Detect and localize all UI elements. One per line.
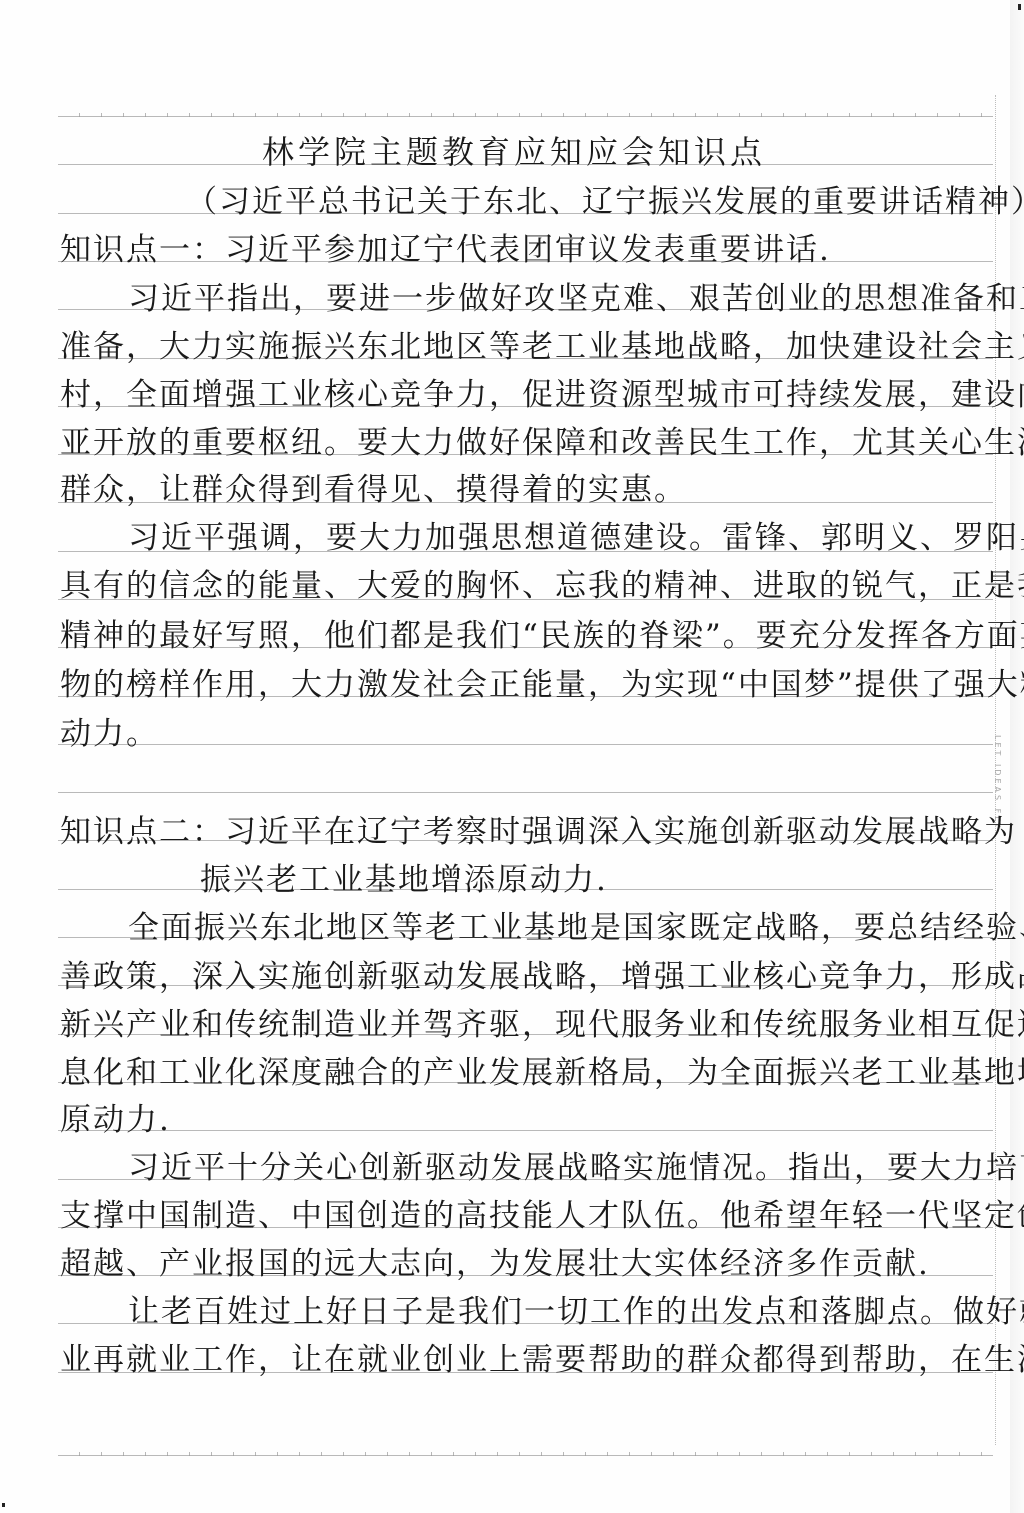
paragraph-line: 村，全面增强工业核心竞争力，促进资源型城市可持续发展，建设向东北 [60, 371, 1024, 419]
paragraph-line: 原动力. [60, 1096, 171, 1144]
ruled-line [58, 744, 993, 745]
page-title: 林学院主题教育应知应会知识点 [262, 128, 766, 176]
scan-speck [2, 1503, 5, 1507]
paragraph-line: 超越、产业报国的远大志向，为发展壮大实体经济多作贡献. [60, 1240, 930, 1288]
ruled-line [58, 792, 993, 793]
scan-speck [1018, 4, 1021, 10]
paragraph-line: 习近平指出，要进一步做好攻坚克难、艰苦创业的思想准备和工作 [128, 275, 1024, 323]
ruled-line [58, 1455, 993, 1456]
notebook-page: LET IDEAS FLY 林学院主题教育应知应会知识点 （习近平总书记关于东北… [0, 0, 1024, 1513]
paragraph-line: 物的榜样作用，大力激发社会正能量，为实现“中国梦”提供了强大精神 [60, 661, 1024, 709]
paragraph-line: 具有的信念的能量、大爱的胸怀、忘我的精神、进取的锐气，正是我们民族 [60, 562, 1024, 610]
paragraph-line: 业再就业工作，让在就业创业上需要帮助的群众都得到帮助，在生活上 [60, 1336, 1024, 1384]
page-subtitle: （习近平总书记关于东北、辽宁振兴发展的重要讲话精神） [186, 178, 1024, 226]
section-heading-2-continued: 振兴老工业基地增添原动力. [200, 856, 608, 904]
page-edge [1010, 0, 1024, 1513]
ruled-line [58, 116, 993, 117]
paragraph-line: 习近平强调，要大力加强思想道德建设。雷锋、郭明义、罗阳身上所 [128, 514, 1024, 562]
paragraph-line: 息化和工业化深度融合的产业发展新格局，为全面振兴老工业基地增添 [60, 1049, 1024, 1097]
section-heading-1: 知识点一：习近平参加辽宁代表团审议发表重要讲话. [60, 226, 831, 274]
paragraph-line: 精神的最好写照，他们都是我们“民族的脊梁”。要充分发挥各方面英模人 [60, 612, 1024, 660]
paragraph-line: 亚开放的重要枢纽。要大力做好保障和改善民生工作，尤其关心生活困难 [60, 419, 1024, 467]
paragraph-line: 动力。 [60, 710, 159, 758]
paragraph-line: 新兴产业和传统制造业并驾齐驱，现代服务业和传统服务业相互促进、信 [60, 1001, 1024, 1049]
paragraph-line: 准备，大力实施振兴东北地区等老工业基地战略，加快建设社会主义新农 [60, 323, 1024, 371]
paragraph-line: 支撑中国制造、中国创造的高技能人才队伍。他希望年轻一代坚定创新 [60, 1192, 1024, 1240]
paragraph-line: 全面振兴东北地区等老工业基地是国家既定战略，要总结经验、完 [128, 904, 1024, 952]
section-heading-2: 知识点二：习近平在辽宁考察时强调深入实施创新驱动发展战略为 [60, 808, 1017, 856]
paragraph-line: 群众，让群众得到看得见、摸得着的实惠。 [60, 466, 687, 514]
ruled-line [58, 1130, 993, 1131]
paragraph-line: 善政策，深入实施创新驱动发展战略，增强工业核心竞争力，形成战略性 [60, 953, 1024, 1001]
paragraph-line: 让老百姓过上好日子是我们一切工作的出发点和落脚点。做好就 [128, 1288, 1024, 1336]
paragraph-line: 习近平十分关心创新驱动发展战略实施情况。指出，要大力培育 [128, 1144, 1024, 1192]
